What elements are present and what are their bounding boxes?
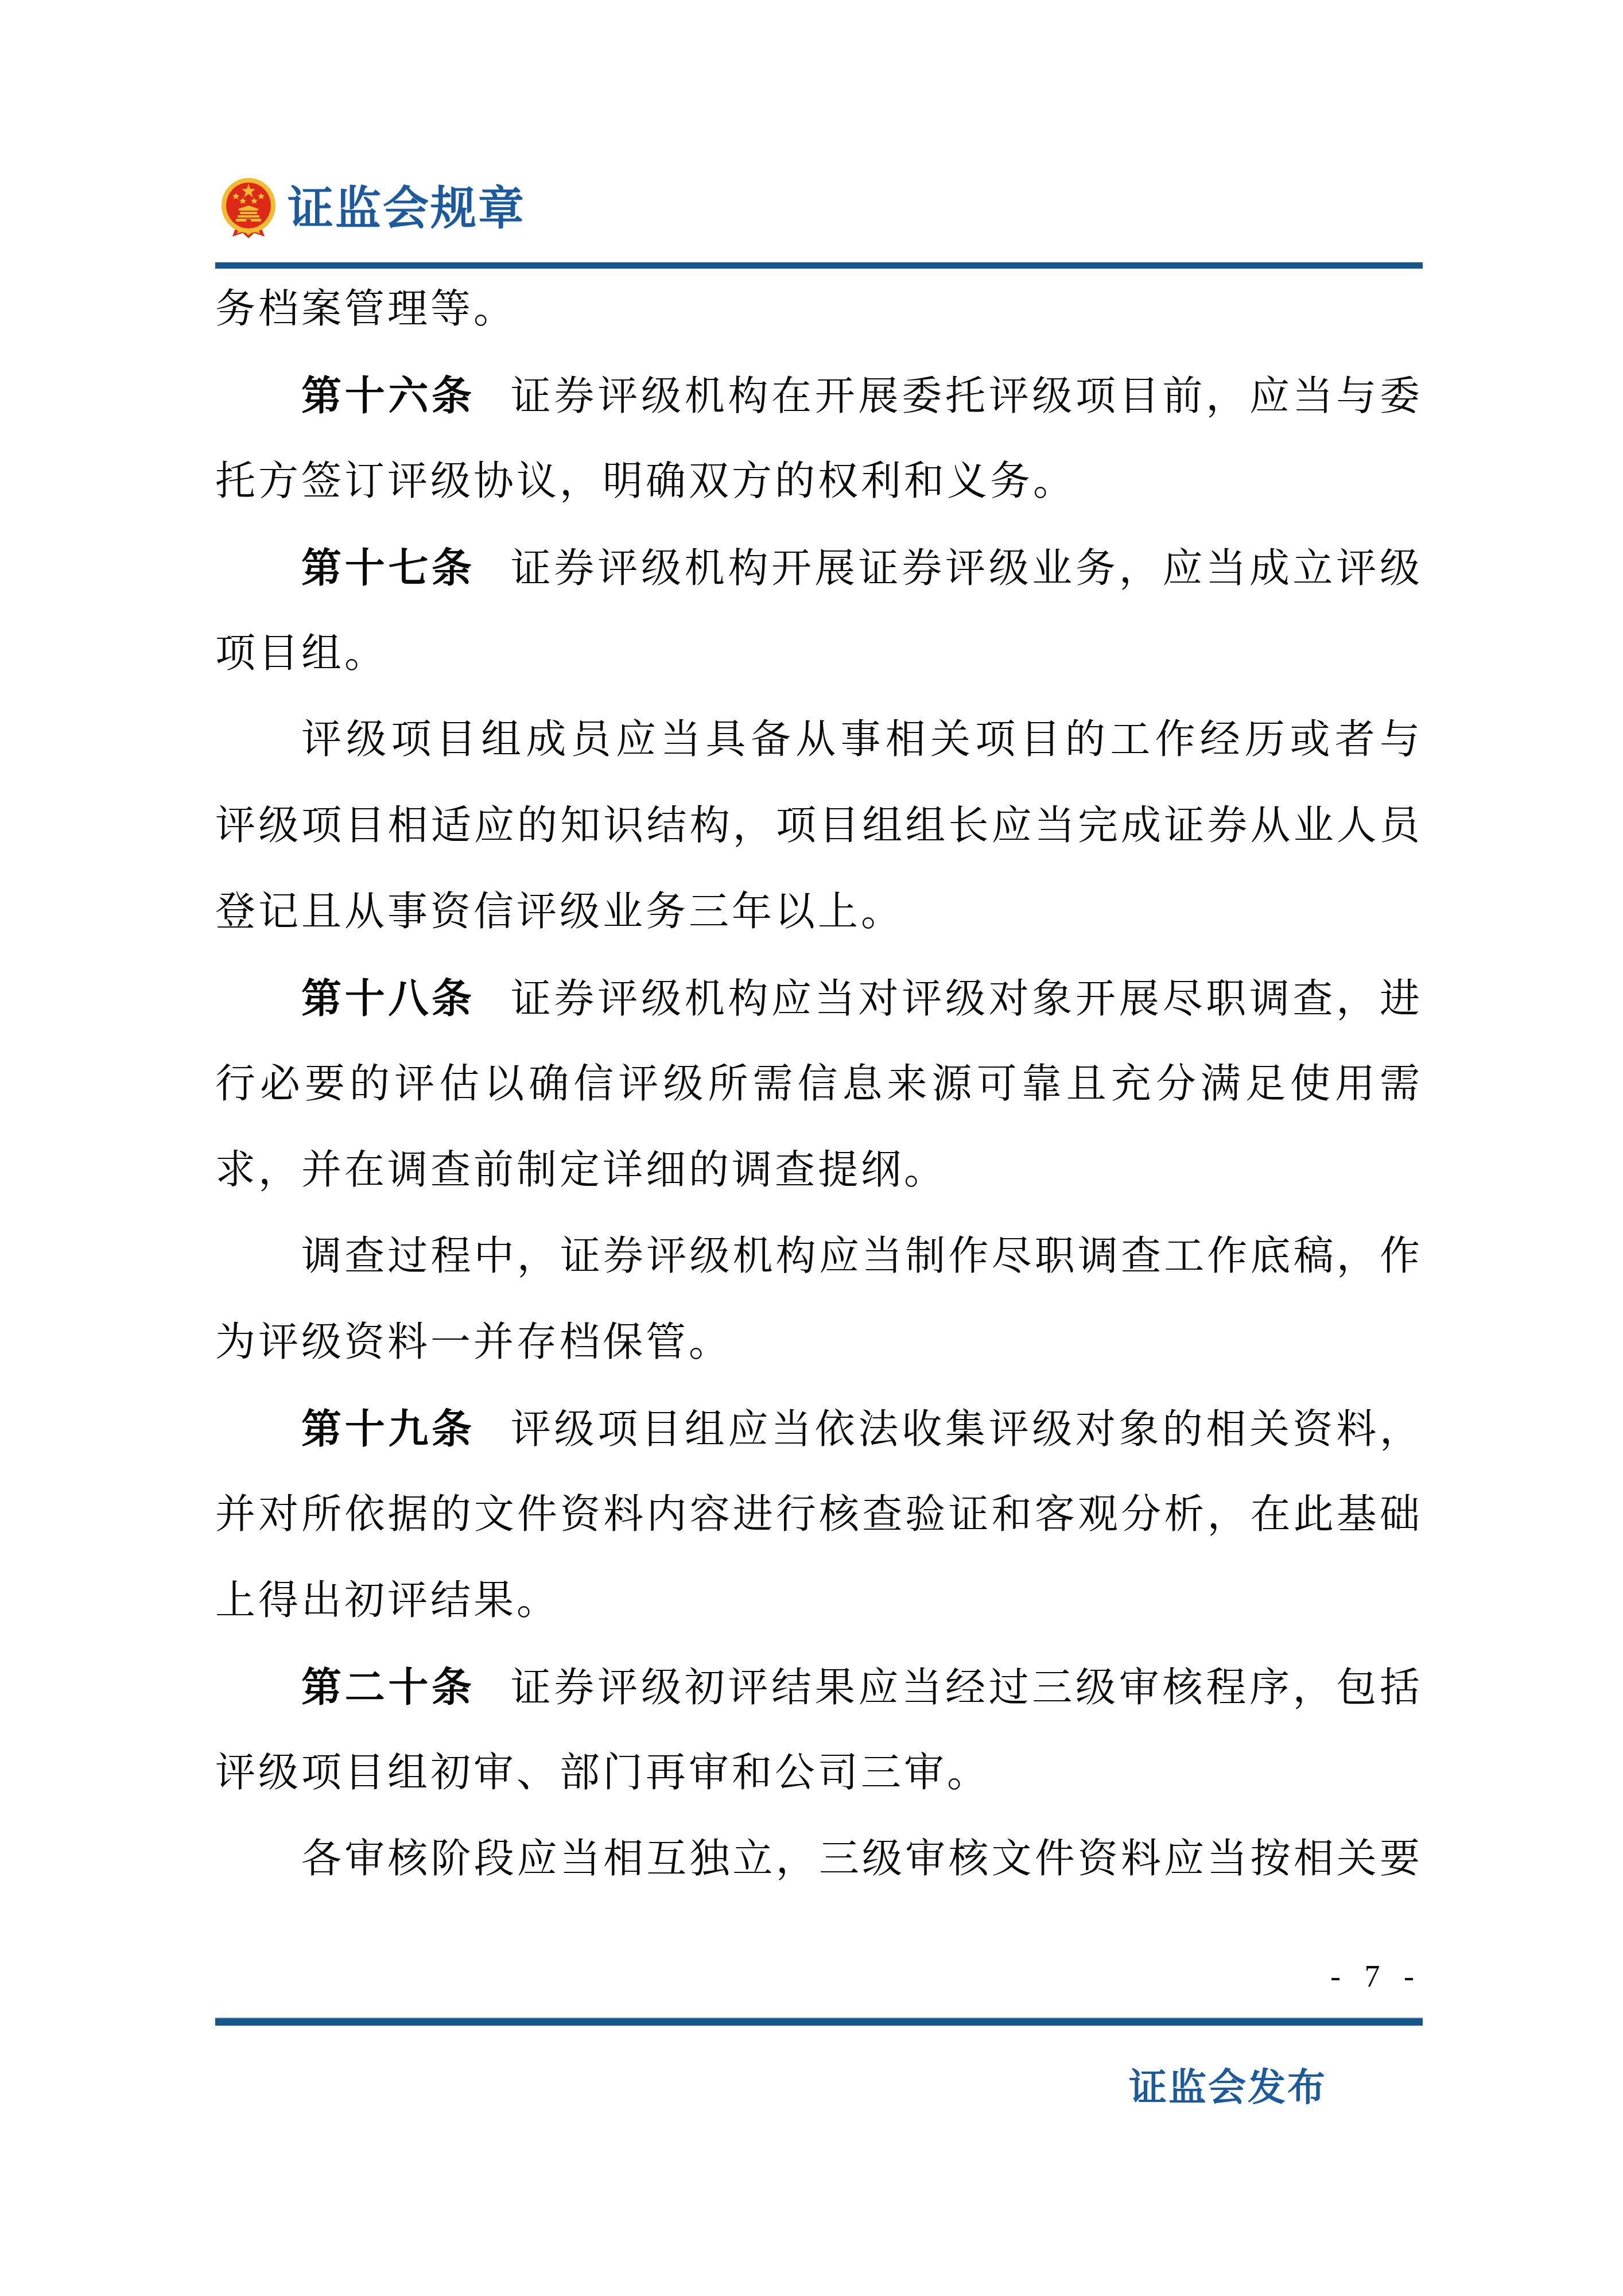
line-text: 评级项目相适应的知识结构，项目组组长应当完成证券从业人员 [215, 804, 1423, 848]
line-text: 求，并在调查前制定详细的调查提纲。 [215, 1149, 947, 1193]
text-line: 并对所依据的文件资料内容进行核查验证和客观分析，在此基础 [215, 1472, 1423, 1558]
text-line: 上得出初评结果。 [215, 1558, 1423, 1645]
line-text: 证券评级初评结果应当经过三级审核程序，包括 [511, 1666, 1423, 1711]
text-line: 各审核阶段应当相互独立，三级审核文件资料应当按相关要 [215, 1817, 1423, 1903]
text-line: 行必要的评估以确信评级所需信息来源可靠且充分满足使用需 [215, 1042, 1423, 1128]
text-line: 务档案管理等。 [215, 267, 1423, 353]
line-text: 为评级资料一并存档保管。 [215, 1321, 732, 1365]
line-text: 证券评级机构在开展委托评级项目前，应当与委 [511, 375, 1423, 419]
article-number: 第十七条 [301, 546, 475, 591]
article-number: 第十九条 [301, 1407, 475, 1452]
text-line: 评级项目组成员应当具备从事相关项目的工作经历或者与 [215, 697, 1423, 784]
line-text: 托方签订评级协议，明确双方的权利和义务。 [215, 460, 1076, 504]
article-number: 第十八条 [301, 976, 475, 1021]
text-line: 求，并在调查前制定详细的调查提纲。 [215, 1128, 1423, 1214]
line-text: 登记且从事资信评级业务三年以上。 [215, 890, 904, 934]
line-text: 并对所依据的文件资料内容进行核查验证和客观分析，在此基础 [215, 1493, 1423, 1537]
text-line: 评级项目组初审、部门再审和公司三审。 [215, 1731, 1423, 1817]
article-number: 第十六条 [301, 374, 475, 418]
text-line: 调查过程中，证券评级机构应当制作尽职调查工作底稿，作 [215, 1214, 1423, 1300]
line-text: 行必要的评估以确信评级所需信息来源可靠且充分满足使用需 [215, 1062, 1423, 1107]
text-line: 托方签订评级协议，明确双方的权利和义务。 [215, 439, 1423, 525]
line-text: 评级项目组应当依法收集评级对象的相关资料， [511, 1408, 1423, 1452]
document-body: 务档案管理等。第十六条证券评级机构在开展委托评级项目前，应当与委托方签订评级协议… [215, 267, 1423, 1903]
text-line: 第十九条评级项目组应当依法收集评级对象的相关资料， [215, 1386, 1423, 1472]
header-title: 证监会规章 [288, 181, 526, 236]
text-line: 第十六条证券评级机构在开展委托评级项目前，应当与委 [215, 353, 1423, 439]
article-number: 第二十条 [301, 1665, 475, 1710]
publisher-label: 证监会发布 [1129, 2057, 1327, 2111]
line-text: 证券评级机构应当对评级对象开展尽职调查，进 [511, 978, 1423, 1022]
text-line: 为评级资料一并存档保管。 [215, 1300, 1423, 1386]
document-page: 证监会规章 务档案管理等。第十六条证券评级机构在开展委托评级项目前，应当与委托方… [0, 0, 1623, 2296]
line-text: 调查过程中，证券评级机构应当制作尽职调查工作底稿，作 [301, 1235, 1423, 1279]
prc-national-emblem-icon [220, 177, 277, 239]
line-text: 上得出初评结果。 [215, 1579, 560, 1623]
text-line: 第十七条证券评级机构开展证券评级业务，应当成立评级 [215, 525, 1423, 611]
line-text: 务档案管理等。 [215, 288, 517, 332]
text-line: 第十八条证券评级机构应当对评级对象开展尽职调查，进 [215, 956, 1423, 1042]
line-text: 证券评级机构开展证券评级业务，应当成立评级 [511, 547, 1423, 591]
line-text: 评级项目组初审、部门再审和公司三审。 [215, 1751, 990, 1795]
line-text: 评级项目组成员应当具备从事相关项目的工作经历或者与 [301, 718, 1423, 762]
line-text: 项目组。 [215, 632, 387, 676]
text-line: 项目组。 [215, 611, 1423, 697]
page-number: - 7 - [1330, 1958, 1422, 1994]
text-line: 评级项目相适应的知识结构，项目组组长应当完成证券从业人员 [215, 784, 1423, 870]
text-line: 登记且从事资信评级业务三年以上。 [215, 870, 1423, 956]
text-line: 第二十条证券评级初评结果应当经过三级审核程序，包括 [215, 1645, 1423, 1731]
line-text: 各审核阶段应当相互独立，三级审核文件资料应当按相关要 [301, 1837, 1423, 1882]
footer-rule [215, 2017, 1423, 2026]
